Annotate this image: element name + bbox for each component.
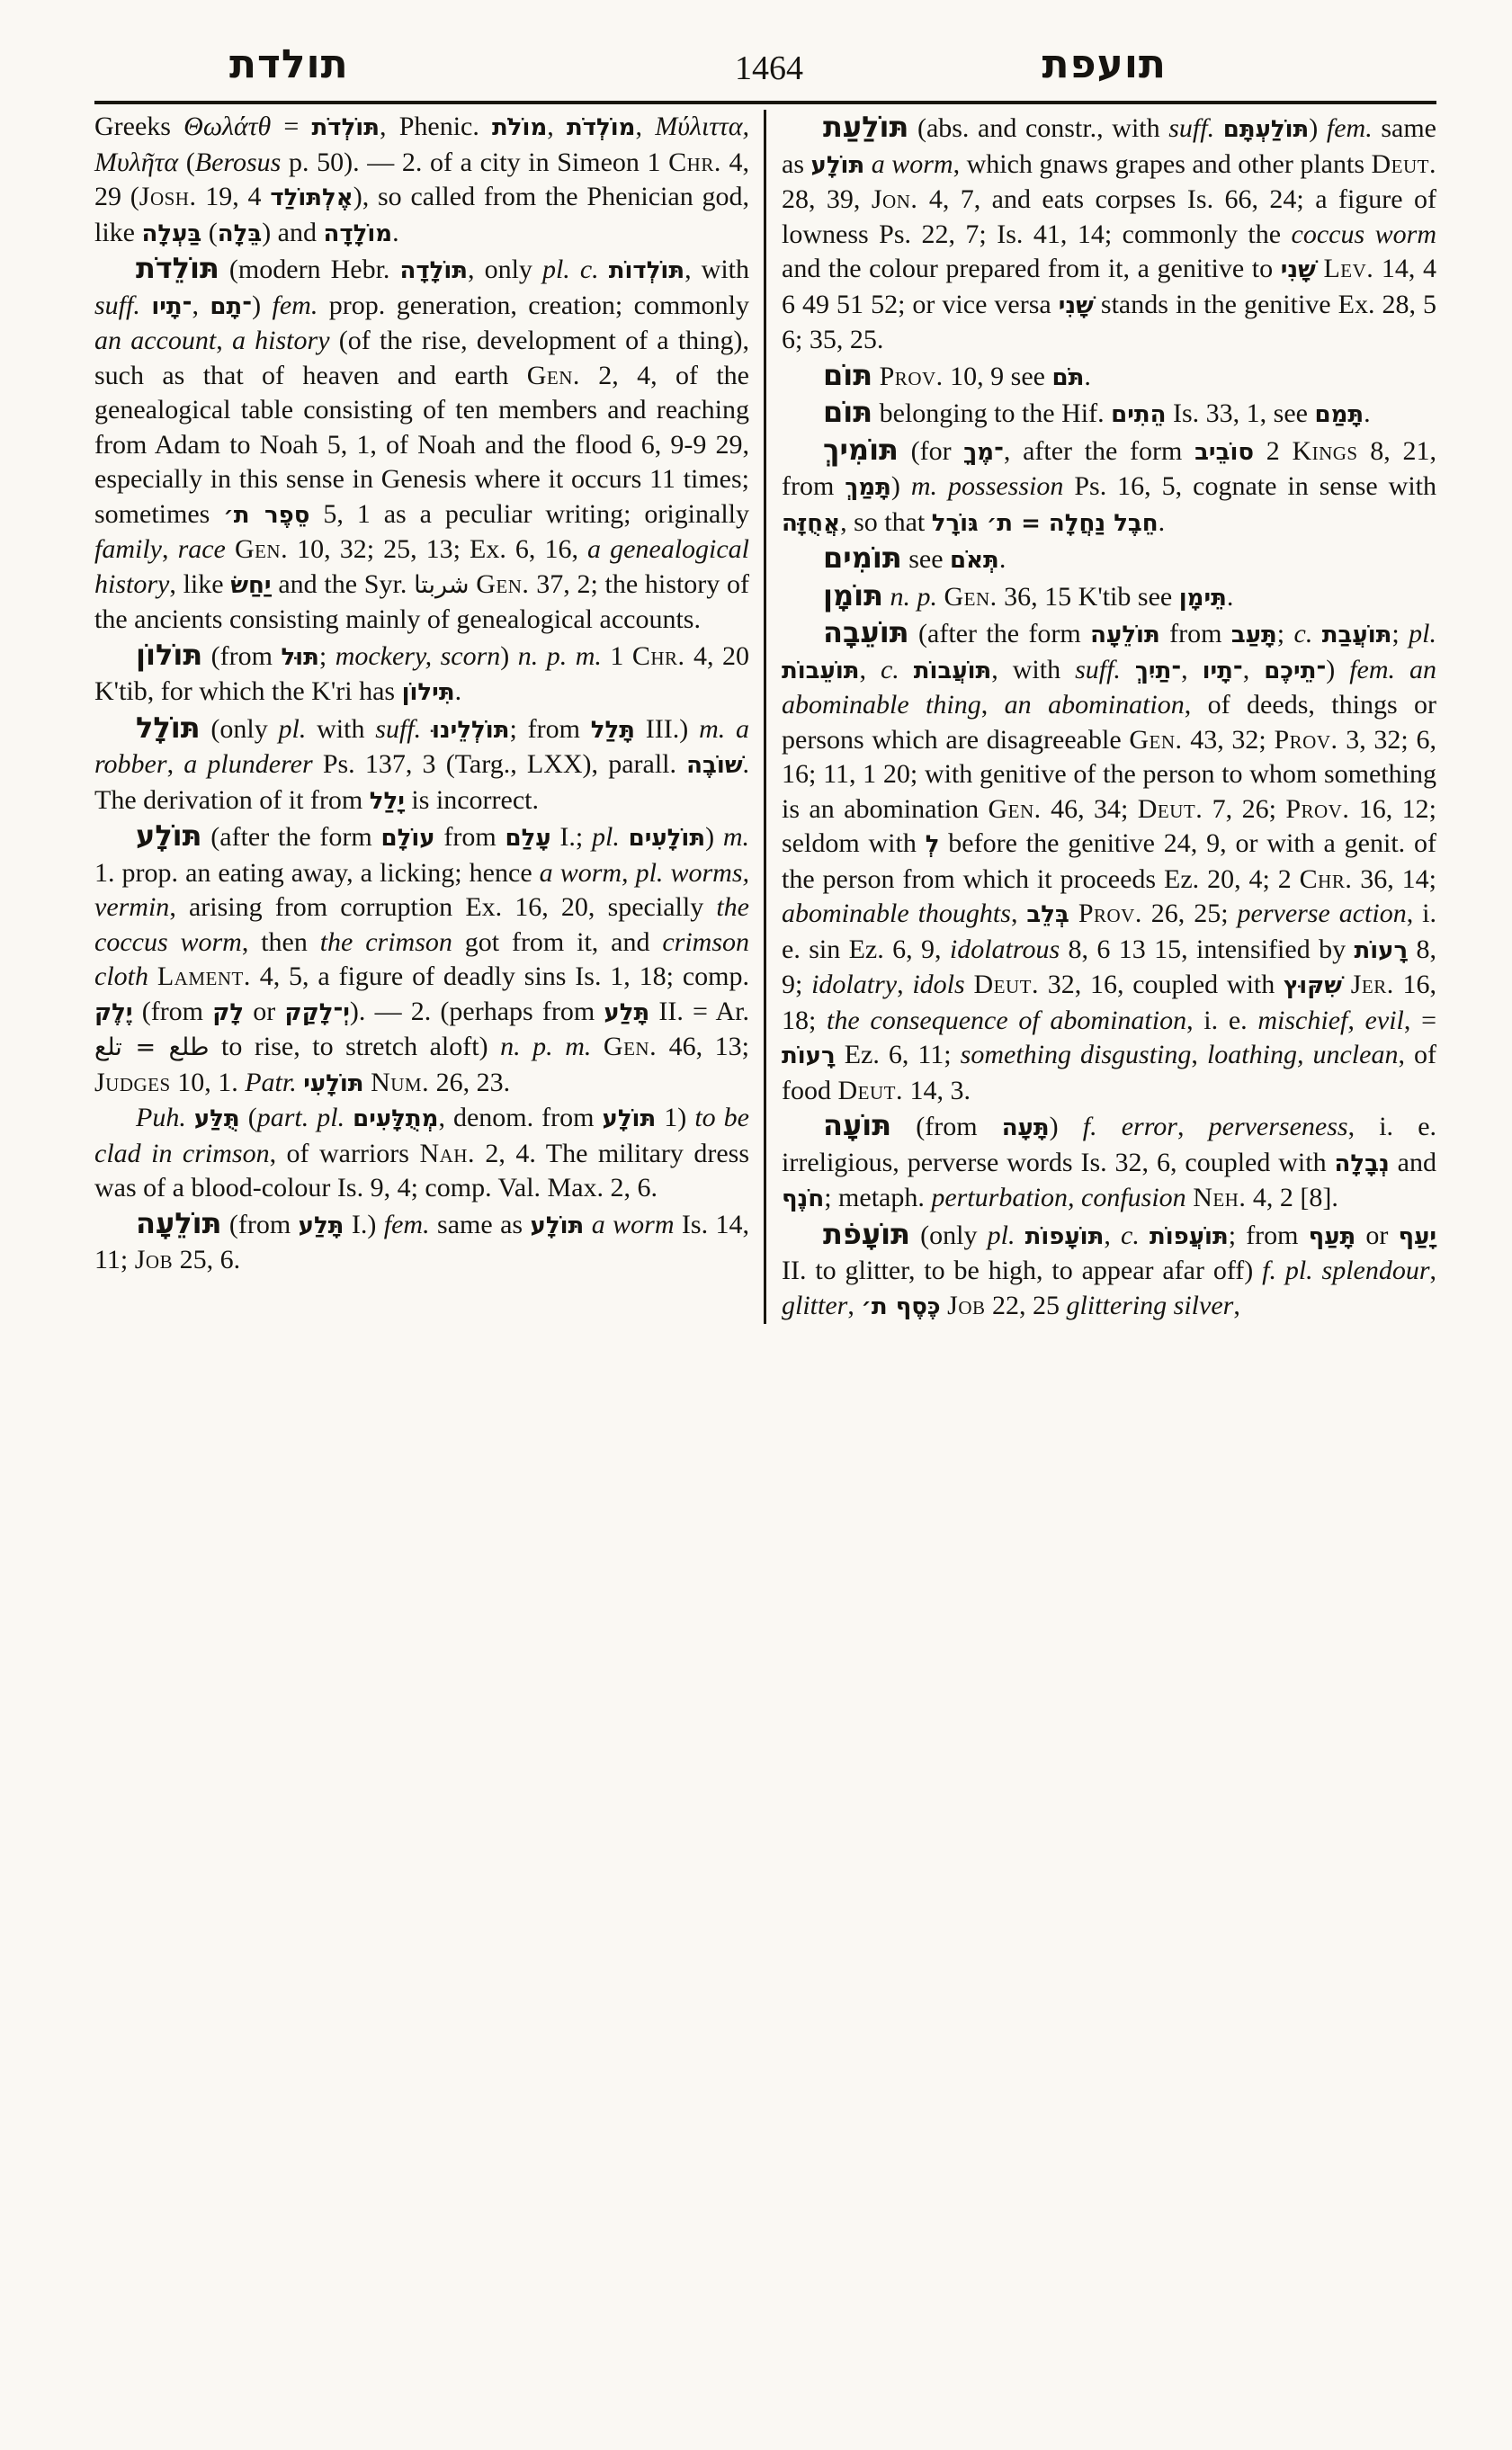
- text-run: ,: [981, 690, 1005, 720]
- text-run: ,: [1191, 1040, 1207, 1069]
- hebrew-text: יַחַשׂ: [230, 572, 271, 599]
- hebrew-text: הֵתִים: [1111, 401, 1166, 428]
- hebrew-text: בְּלֵב: [1026, 901, 1069, 928]
- italic-text: n. p. m.: [500, 1032, 591, 1061]
- text-run: , Phenic.: [380, 112, 492, 141]
- text-run: or: [244, 997, 284, 1026]
- hebrew-text: תָּמַךְ: [845, 474, 891, 501]
- smallcaps-reference: Job: [135, 1245, 173, 1274]
- text-run: 10, 1.: [171, 1068, 246, 1097]
- text-run: from: [1160, 619, 1231, 648]
- guide-word-left: תולדת: [229, 36, 349, 94]
- text-run: ): [1326, 655, 1349, 684]
- hebrew-text: תֵּימָן: [1179, 585, 1227, 612]
- italic-text: splendour: [1322, 1256, 1430, 1285]
- text-run: (: [240, 1103, 257, 1132]
- hebrew-text: בֵּלָה: [218, 220, 262, 247]
- text-run: 46, 13;: [657, 1032, 749, 1061]
- text-run: is incorrect.: [405, 785, 539, 815]
- italic-text: abominable thoughts: [782, 899, 1011, 928]
- text-run: same as: [430, 1210, 531, 1239]
- smallcaps-reference: Jer.: [1351, 970, 1394, 999]
- text-run: [140, 291, 151, 320]
- text-run: 4, 2 [8].: [1246, 1183, 1338, 1212]
- italic-text: suff.: [94, 291, 140, 320]
- hebrew-text: כֶּסֶף ת׳: [861, 1293, 940, 1320]
- hebrew-text: רָעוֹת: [782, 1042, 836, 1069]
- hebrew-text: לָק: [212, 999, 244, 1026]
- italic-text: something disgusting: [961, 1040, 1192, 1069]
- text-run: ,: [167, 749, 184, 779]
- smallcaps-reference: Gen.: [604, 1032, 657, 1061]
- text-run: [226, 534, 235, 564]
- text-run: , which gnaws grapes and other plants: [953, 149, 1372, 179]
- text-run: 10, 32; 25, 13; Ex. 6, 16,: [288, 534, 587, 564]
- text-run: [1069, 899, 1078, 928]
- italic-text: glitter: [782, 1291, 847, 1320]
- text-run: (modern Hebr.: [219, 255, 400, 284]
- hebrew-text: תָּמַם: [1314, 401, 1364, 428]
- text-run: [421, 714, 432, 744]
- hebrew-text: תּוּל: [281, 644, 318, 671]
- italic-text: pl. c.: [542, 255, 599, 284]
- text-run: 26, 25;: [1142, 899, 1238, 928]
- hebrew-text: אֲחֻזָּה: [782, 510, 840, 537]
- text-run: from: [435, 822, 505, 852]
- hebrew-lemma: תּוֹלֵעָה: [136, 1206, 221, 1240]
- hebrew-text: יָלַל: [370, 788, 405, 815]
- smallcaps-reference: Gen.: [527, 361, 580, 390]
- text-run: , i. e.: [1186, 1006, 1257, 1035]
- text-run: 1: [602, 641, 632, 671]
- italic-text: perverse action: [1238, 899, 1407, 928]
- text-run: ): [252, 291, 272, 320]
- hebrew-text: תֻּלַּע: [194, 1105, 240, 1132]
- text-run: I.): [344, 1210, 383, 1239]
- text-run: .: [1227, 582, 1234, 612]
- hebrew-text: מוֹלְדֹת: [567, 114, 636, 141]
- hebrew-lemma: תּוֹלָע: [136, 818, 202, 853]
- text-run: (from: [221, 1210, 298, 1239]
- dictionary-page: תולדת 1464 תועפת Greeks Θωλάτθ = תּוֹלְד…: [0, 0, 1512, 2450]
- text-run: , like: [169, 569, 230, 599]
- text-run: 43, 32;: [1183, 725, 1275, 755]
- text-run: [1097, 1112, 1122, 1141]
- smallcaps-reference: Gen.: [989, 794, 1042, 824]
- smallcaps-reference: Deut.: [973, 970, 1039, 999]
- italic-text: suff.: [375, 714, 421, 744]
- dictionary-paragraph: תּוֹם belonging to the Hif. הֵתִים Is. 3…: [782, 395, 1436, 433]
- text-run: 5, 1 as a peculiar writing; originally: [309, 499, 749, 529]
- right-column: תּוֹלַעַת (abs. and constr., with suff. …: [766, 110, 1436, 1324]
- text-run: [872, 362, 880, 391]
- text-run: .: [1159, 507, 1166, 537]
- text-run: ,: [1104, 1221, 1121, 1250]
- smallcaps-reference: Prov.: [1274, 725, 1338, 755]
- italic-text: fem.: [1327, 113, 1373, 143]
- text-run: ,: [216, 326, 232, 355]
- text-run: with: [306, 714, 375, 744]
- text-run: ,: [860, 655, 881, 684]
- text-run: 7, 26;: [1203, 794, 1285, 824]
- hebrew-text: תְּאֹם: [950, 547, 999, 574]
- hebrew-text: סֵפֶר ת׳: [223, 502, 309, 529]
- hebrew-text: ־תֵיכֶם: [1264, 657, 1326, 684]
- hebrew-text: תָּעָה: [1002, 1114, 1050, 1141]
- italic-text: glittering silver: [1067, 1291, 1234, 1320]
- hebrew-text: תּוֹלְדוֹת: [609, 257, 684, 284]
- text-run: (after the form: [909, 619, 1091, 648]
- text-run: 26, 23.: [429, 1068, 510, 1097]
- text-run: 25, 6.: [173, 1245, 240, 1274]
- text-run: and: [1390, 1148, 1436, 1177]
- text-run: prop. generation, creation; commonly: [318, 291, 749, 320]
- text-run: II. to glitter, to be high, to appear af…: [782, 1256, 1262, 1285]
- text-run: .: [455, 676, 462, 706]
- text-run: ,: [547, 112, 567, 141]
- smallcaps-reference: Gen.: [235, 534, 288, 564]
- italic-text: Berosus: [195, 148, 282, 177]
- hebrew-text: תָּלַל: [591, 717, 635, 744]
- text-run: [965, 970, 974, 999]
- text-run: ,: [192, 291, 210, 320]
- text-run: ): [891, 471, 911, 501]
- hebrew-text: תּוֹעֵבוֹת: [782, 657, 860, 684]
- text-run: [186, 1103, 194, 1132]
- dictionary-paragraph: תּוֹלָע (after the form עוֹלָם from עָלַ…: [94, 818, 749, 1101]
- text-run: I.;: [551, 822, 592, 852]
- italic-text: idolatry: [811, 970, 897, 999]
- header-rule: [94, 101, 1436, 104]
- text-run: [1342, 970, 1351, 999]
- guide-word-right: תועפת: [1042, 36, 1167, 94]
- hebrew-text: לְ: [926, 831, 940, 858]
- hebrew-lemma: תּוֹלוֹן: [136, 638, 202, 672]
- smallcaps-reference: Neh.: [1193, 1183, 1246, 1212]
- italic-text: f.: [1083, 1112, 1097, 1141]
- hebrew-text: תּוֹעֲפוֹת: [1150, 1223, 1229, 1250]
- text-run: , after the form: [1004, 436, 1194, 466]
- text-run: .: [1084, 362, 1091, 391]
- arabic-text: شربتا: [414, 571, 469, 599]
- text-run: and the colour prepared from it, a genit…: [782, 254, 1281, 283]
- text-run: ;: [1391, 619, 1409, 648]
- text-run: Ez. 6, 11;: [836, 1040, 961, 1069]
- text-run: , only: [468, 255, 542, 284]
- text-run: ,: [1233, 1291, 1240, 1320]
- text-run: (only: [910, 1221, 988, 1250]
- dictionary-paragraph: תּוֹלֵעָה (from תָּלַע I.) fem. same as …: [94, 1206, 749, 1278]
- text-run: , with: [684, 255, 749, 284]
- hebrew-lemma: תּוֹלֵדֹת: [136, 251, 219, 285]
- hebrew-text: ־תָיו: [1203, 657, 1243, 684]
- italic-text: m.: [723, 822, 749, 852]
- hebrew-text: עָלַם: [505, 825, 550, 852]
- text-run: 1. prop. an eating away, a licking; henc…: [94, 858, 540, 888]
- italic-text: suff.: [1168, 113, 1214, 143]
- text-run: Ps. 137, 3 (Targ., LXX), parall.: [313, 749, 687, 779]
- text-run: ): [1050, 1112, 1083, 1141]
- hebrew-text: מְתֻלָּעִים: [353, 1105, 438, 1132]
- text-run: ,: [1177, 1112, 1209, 1141]
- italic-text: race: [178, 534, 226, 564]
- hebrew-text: תּוֹלַעְתָּם: [1223, 116, 1310, 143]
- text-run: belonging to the Hif.: [872, 398, 1111, 428]
- text-run: [1140, 1221, 1150, 1250]
- smallcaps-reference: Deut.: [1372, 149, 1437, 179]
- text-run: or: [1355, 1221, 1398, 1250]
- text-run: 14, 3.: [903, 1076, 971, 1105]
- left-column: Greeks Θωλάτθ = תּוֹלְדֹת, Phenic. מוֹלֹ…: [94, 110, 766, 1324]
- text-run: (abs. and constr., with: [908, 113, 1168, 143]
- italic-text: mockery, scorn: [336, 641, 501, 671]
- text-run: 32, 16, coupled with: [1039, 970, 1284, 999]
- dictionary-paragraph: תּוֹמִים see תְּאֹם.: [782, 541, 1436, 578]
- text-run: [725, 714, 736, 744]
- text-run: 36, 15 K'tib see: [998, 582, 1179, 612]
- smallcaps-reference: Chr.: [1300, 864, 1353, 894]
- smallcaps-reference: Judges: [94, 1068, 171, 1097]
- text-run: ; from: [1229, 1221, 1309, 1250]
- italic-text: fem.: [384, 1210, 430, 1239]
- text-run: ,: [162, 534, 178, 564]
- italic-text: family: [94, 534, 162, 564]
- text-run: [148, 961, 157, 991]
- dictionary-paragraph: תּוֹלוֹן (from תּוּל; mockery, scorn) n.…: [94, 638, 749, 711]
- text-run: [364, 1068, 371, 1097]
- italic-text: a plunderer: [183, 749, 312, 779]
- italic-text: a worm: [872, 149, 953, 179]
- italic-text: m.: [911, 471, 937, 501]
- hebrew-lemma: תּוֹם: [823, 358, 872, 392]
- hebrew-text: שִׁקּוּץ: [1284, 972, 1342, 999]
- text-run: [1214, 113, 1223, 143]
- hebrew-text: תּוֹלָעִי: [303, 1070, 363, 1097]
- text-run: ,: [1430, 1256, 1437, 1285]
- text-run: ,: [847, 1291, 861, 1320]
- italic-text: f. pl.: [1262, 1256, 1313, 1285]
- hebrew-text: ־תַיִךְ: [1135, 657, 1181, 684]
- hebrew-text: תּוֹלֵעָה: [1090, 621, 1160, 648]
- hebrew-text: שָׁנִי: [1281, 256, 1316, 283]
- hebrew-text: תּוֹעָפוֹת: [1025, 1223, 1105, 1250]
- text-run: to rise, to stretch aloft): [209, 1032, 500, 1061]
- italic-text: an abomination: [1005, 690, 1185, 720]
- dictionary-paragraph: תּוֹמִיךְ (for ־מֶךָ, after the form סוֹ…: [782, 433, 1436, 541]
- text-run: ,: [1181, 655, 1202, 684]
- hebrew-text: אֶלְתּוֹלַד: [270, 184, 353, 211]
- hebrew-text: תּוֹלָע: [811, 152, 865, 179]
- text-run: [1312, 619, 1321, 648]
- hebrew-text: תִּילוֹן: [402, 679, 455, 706]
- text-run: (from: [202, 641, 281, 671]
- hebrew-text: שָׁנִי: [1059, 292, 1094, 319]
- hebrew-text: תָּלַע: [299, 1212, 344, 1239]
- hebrew-lemma: תּוֹלַעַת: [823, 110, 908, 144]
- text-run: [344, 1103, 353, 1132]
- hebrew-text: תֹּם: [1051, 364, 1084, 391]
- hebrew-lemma: תּוֹעֵבָה: [823, 615, 909, 649]
- text-run: [864, 149, 872, 179]
- text-run: (: [201, 218, 218, 247]
- text-run: ): [500, 641, 517, 671]
- italic-text: n. p.: [890, 582, 937, 612]
- hebrew-lemma: תּוֹם: [823, 395, 872, 429]
- text-run: III.): [635, 714, 699, 744]
- text-run: [599, 255, 609, 284]
- dictionary-paragraph: תּוֹם Prov. 10, 9 see תֹּם.: [782, 358, 1436, 396]
- text-run: ;: [319, 641, 336, 671]
- text-run: ) and: [262, 218, 323, 247]
- dictionary-paragraph: תּוֹלֵדֹת (modern Hebr. תּוֹלָדָה, only …: [94, 251, 749, 638]
- hebrew-text: תּוֹעֲבַת: [1322, 621, 1392, 648]
- text-run: 4, 5, a figure of deadly sins Is. 1, 18;…: [251, 961, 749, 991]
- italic-text: error: [1122, 1112, 1177, 1141]
- italic-text: coccus worm: [1292, 219, 1436, 249]
- smallcaps-reference: Gen.: [944, 582, 997, 612]
- text-run: ; metaph.: [824, 1183, 931, 1212]
- dictionary-paragraph: Greeks Θωλάτθ = תּוֹלְדֹת, Phenic. מוֹלֹ…: [94, 110, 749, 251]
- hebrew-lemma: תּוֹמִים: [823, 541, 902, 575]
- dictionary-paragraph: תּוֹמָן n. p. Gen. 36, 15 K'tib see תֵּי…: [782, 578, 1436, 616]
- text-run: [1015, 1221, 1024, 1250]
- text-run: ). — 2. (perhaps from: [350, 997, 604, 1026]
- italic-text: possession: [948, 471, 1063, 501]
- text-run: , with: [991, 655, 1075, 684]
- italic-text: idols: [912, 970, 964, 999]
- text-run: ,: [636, 112, 656, 141]
- text-run: , of warriors: [270, 1139, 420, 1168]
- dictionary-paragraph: תּוֹעֵבָה (after the form תּוֹלֵעָה from…: [782, 615, 1436, 1108]
- hebrew-text: עוֹלָם: [381, 825, 435, 852]
- text-run: 46, 34;: [1042, 794, 1138, 824]
- smallcaps-reference: Deut.: [838, 1076, 904, 1105]
- page-header: תולדת 1464 תועפת: [94, 36, 1436, 101]
- smallcaps-reference: Josh.: [139, 182, 197, 211]
- italic-text: c.: [1294, 619, 1313, 648]
- hebrew-text: יָעַף: [1399, 1223, 1436, 1250]
- italic-text: an account: [94, 326, 216, 355]
- italic-text: part. pl.: [257, 1103, 344, 1132]
- text-run: [899, 655, 914, 684]
- smallcaps-reference: Num.: [371, 1068, 429, 1097]
- italic-text: pl.: [988, 1221, 1015, 1250]
- italic-text: pl.: [592, 822, 620, 852]
- italic-text: mischief, evil: [1257, 1006, 1404, 1035]
- hebrew-text: רָעוֹת: [1354, 937, 1408, 964]
- text-run: [567, 641, 575, 671]
- text-run: [1313, 1256, 1322, 1285]
- smallcaps-reference: Chr.: [632, 641, 685, 671]
- hebrew-lemma: תּוֹמִיךְ: [823, 433, 899, 467]
- italic-text: the crimson: [320, 927, 452, 957]
- italic-text: loathing, unclean: [1207, 1040, 1399, 1069]
- text-columns: Greeks Θωλάτθ = תּוֹלְדֹת, Phenic. מוֹלֹ…: [94, 110, 1436, 1324]
- text-run: 1): [656, 1103, 694, 1132]
- page-number: 1464: [661, 43, 877, 94]
- hebrew-text: יְ־לָקַק: [284, 999, 349, 1026]
- italic-text: the consequence of abomination: [827, 1006, 1186, 1035]
- text-run: see: [902, 544, 950, 574]
- text-run: 2: [1254, 436, 1292, 466]
- italic-text: a history: [232, 326, 330, 355]
- page-content: תולדת 1464 תועפת Greeks Θωλάτθ = תּוֹלְד…: [94, 36, 1436, 1324]
- italic-text: idolatrous: [950, 934, 1060, 964]
- hebrew-text: תּוֹלָדָה: [399, 257, 468, 284]
- hebrew-text: תּוֹלְדֹת: [312, 114, 380, 141]
- smallcaps-reference: Prov.: [1285, 794, 1349, 824]
- text-run: .: [392, 218, 399, 247]
- text-run: [937, 471, 948, 501]
- text-run: [591, 1032, 604, 1061]
- text-run: [1395, 655, 1409, 684]
- text-run: [620, 822, 629, 852]
- text-run: , =: [1404, 1006, 1436, 1035]
- hebrew-text: תּוֹלָע: [603, 1105, 657, 1132]
- text-run: 22, 25: [986, 1291, 1067, 1320]
- text-run: (after the form: [202, 822, 381, 852]
- text-run: ,: [897, 970, 912, 999]
- text-run: , denom. from: [438, 1103, 602, 1132]
- hebrew-text: מוֹלֹת: [492, 114, 547, 141]
- text-run: (: [178, 148, 195, 177]
- smallcaps-reference: Chr.: [668, 148, 721, 177]
- smallcaps-reference: Lev.: [1323, 254, 1373, 283]
- hebrew-lemma: תּוֹלָל: [136, 711, 201, 745]
- dictionary-paragraph: תּוֹלַעַת (abs. and constr., with suff. …: [782, 110, 1436, 358]
- italic-text: perturbation, confusion: [931, 1183, 1185, 1212]
- italic-text: c.: [1121, 1221, 1140, 1250]
- text-run: ; from: [509, 714, 590, 744]
- smallcaps-reference: Job: [947, 1291, 985, 1320]
- smallcaps-reference: Prov.: [1078, 899, 1142, 928]
- text-run: 19, 4: [196, 182, 270, 211]
- hebrew-text: ־תָיו: [151, 293, 192, 320]
- text-run: .: [999, 544, 1007, 574]
- smallcaps-reference: Gen.: [1129, 725, 1182, 755]
- hebrew-text: בַּעְלָה: [142, 220, 202, 247]
- hebrew-lemma: תּוֹמָן: [823, 578, 883, 612]
- smallcaps-reference: Jon.: [872, 184, 918, 214]
- text-run: (for: [899, 436, 963, 466]
- italic-text: m.: [699, 714, 725, 744]
- dictionary-paragraph: תּוֹעָפֹת (only pl. תּוֹעָפוֹת, c. תּוֹע…: [782, 1217, 1436, 1325]
- text-run: 8, 6 13 15, intensified by: [1060, 934, 1354, 964]
- italic-text: a worm: [592, 1210, 675, 1239]
- text-run: p. 50). — 2. of a city in Simeon 1: [281, 148, 668, 177]
- text-run: II. = Ar.: [649, 997, 749, 1026]
- text-run: got from it, and: [452, 927, 662, 957]
- hebrew-text: שׁוֹבֶה: [686, 752, 742, 779]
- hebrew-text: תָּעַף: [1309, 1223, 1356, 1250]
- smallcaps-reference: Gen.: [476, 569, 529, 599]
- text-run: [1121, 655, 1135, 684]
- italic-text: m.: [576, 641, 602, 671]
- text-run: 36, 14;: [1352, 864, 1436, 894]
- dictionary-paragraph: תּוֹלָל (only pl. with suff. תּוֹלְלֵינו…: [94, 711, 749, 819]
- italic-text: fem.: [1349, 655, 1395, 684]
- hebrew-text: יֶלֶק: [94, 999, 133, 1026]
- italic-text: pl.: [279, 714, 307, 744]
- hebrew-lemma: תּוֹעָפֹת: [823, 1217, 910, 1251]
- italic-text: perverseness: [1209, 1112, 1348, 1141]
- hebrew-text: סוֹבֵיב: [1194, 439, 1254, 466]
- italic-text: suff.: [1075, 655, 1121, 684]
- text-run: (only: [201, 714, 279, 744]
- text-run: .: [1364, 398, 1371, 428]
- text-run: and the Syr.: [272, 569, 415, 599]
- dictionary-paragraph: Puh. תֻּלַּע (part. pl. מְתֻלָּעִים, den…: [94, 1101, 749, 1206]
